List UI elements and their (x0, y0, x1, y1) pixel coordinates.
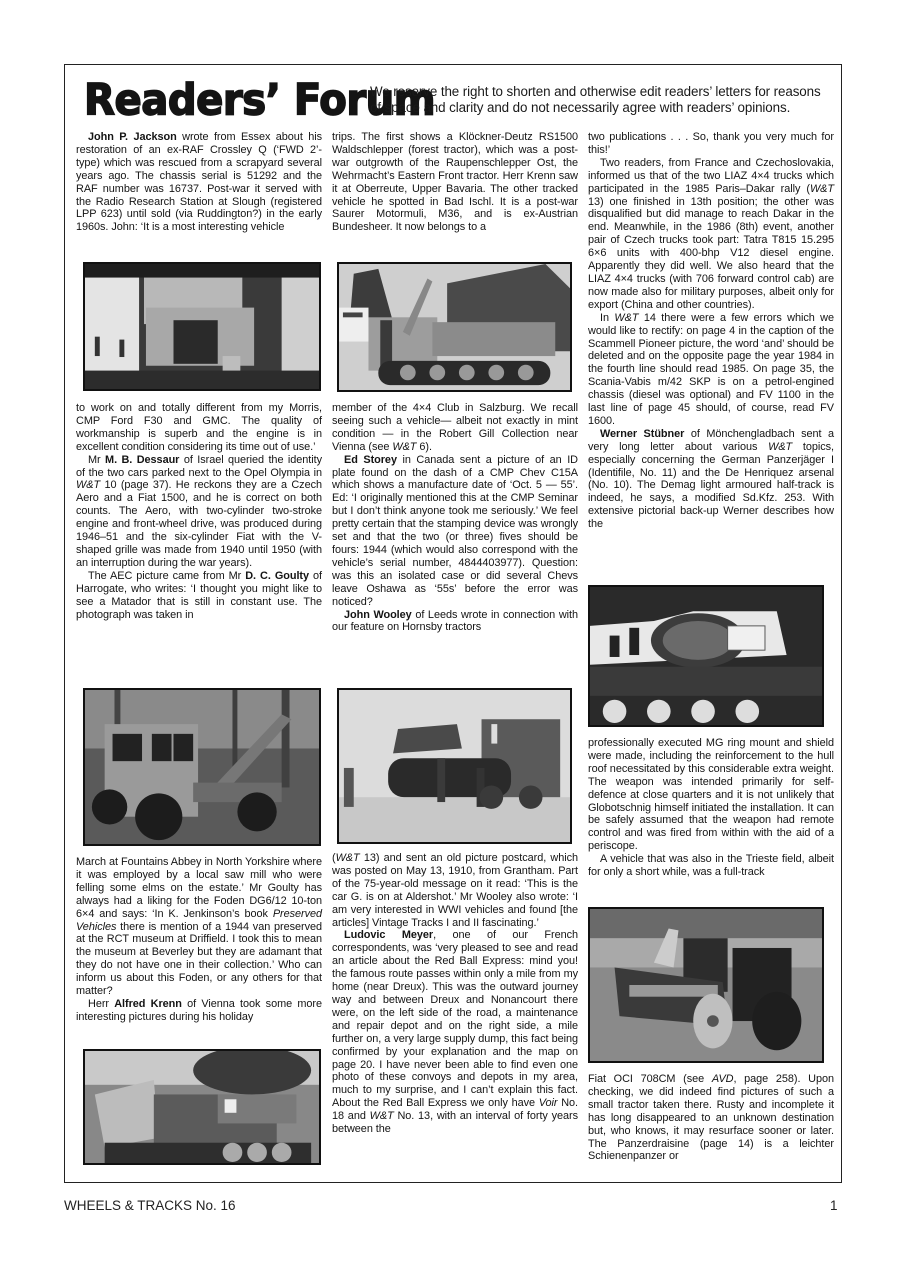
col1-text-block-1: John P. Jackson wrote from Essex about h… (76, 131, 322, 234)
photo-aec-matador (83, 688, 321, 846)
text-span: Two readers, from France and Czechoslova… (588, 157, 834, 195)
text-span: 6). (416, 441, 432, 453)
photo-demag-ring-mount-image (590, 587, 822, 725)
footer-page-number: 1 (830, 1198, 838, 1213)
photo-fiat-oci-image (590, 909, 822, 1061)
text-span: , page 258). Upon checking, we did indee… (588, 1073, 834, 1162)
text-span: Fiat OCI 708CM (see (588, 1073, 712, 1085)
author-name: M. B. Dessaur (105, 454, 179, 466)
photo-saurer-motormuli-image (85, 1051, 319, 1163)
col2-text-block-1: trips. The first shows a Klöckner-Deutz … (332, 131, 578, 234)
photo-hornsby-postcard-image (339, 690, 570, 842)
author-name: Alfred Krenn (114, 998, 182, 1010)
author-name: John Wooley (344, 609, 412, 621)
col3-text-block-3: Fiat OCI 708CM (see AVD, page 258). Upon… (588, 1073, 834, 1163)
author-name: Werner Stübner (600, 428, 684, 440)
text-span: topics, especially concerning the German… (588, 441, 834, 530)
letter-text: professionally executed MG ring mount an… (588, 737, 834, 853)
author-name: John P. Jackson (88, 131, 177, 143)
letter-text: wrote from Essex about his restoration o… (76, 131, 322, 233)
photo-crossley-q-image (85, 264, 319, 389)
col1-text-block-2: to work on and totally different from my… (76, 402, 322, 621)
text-span: 13) and sent an old picture postcard, wh… (332, 852, 578, 929)
text-span: 14 there were a few errors which we woul… (588, 312, 834, 427)
text-span: member of the 4×4 Club in Salzburg. We r… (332, 402, 578, 453)
letter-text: trips. The first shows a Klöckner-Deutz … (332, 131, 578, 234)
editorial-disclaimer: We reserve the right to shorten and othe… (370, 84, 830, 116)
text-span: , one of our French correspondents, was … (332, 929, 578, 1109)
text-span: In (600, 312, 614, 324)
col3-text-block-2: professionally executed MG ring mount an… (588, 737, 834, 879)
letter-text: to work on and totally different from my… (76, 402, 322, 454)
photo-klockner-deutz-image (339, 264, 570, 390)
photo-hornsby-postcard (337, 688, 572, 844)
letter-text: two publications . . . So, thank you ver… (588, 131, 834, 157)
magazine-ref: W&T (810, 183, 834, 195)
letter-text: A vehicle that was also in the Trieste f… (588, 853, 834, 879)
photo-demag-ring-mount (588, 585, 824, 727)
footer-publication: WHEELS & TRACKS No. 16 (64, 1198, 236, 1213)
photo-klockner-deutz (337, 262, 572, 392)
photo-fiat-oci (588, 907, 824, 1063)
text-span: Mr (88, 454, 105, 466)
magazine-ref: W&T (614, 312, 638, 324)
publication-ref: AVD (712, 1073, 734, 1085)
photo-crossley-q (83, 262, 321, 391)
col2-text-block-2: member of the 4×4 Club in Salzburg. We r… (332, 402, 578, 634)
magazine-ref: W&T (336, 852, 360, 864)
text-span: 10 (page 37). He reckons they are a Czec… (76, 479, 322, 568)
magazine-ref: W&T (392, 441, 416, 453)
magazine-ref: W&T (370, 1110, 394, 1122)
text-span: Herr (88, 998, 114, 1010)
publication-ref: Voir (539, 1097, 558, 1109)
author-name: D. C. Goulty (245, 570, 309, 582)
text-span: 13) one finished in 13th position; the o… (588, 196, 834, 311)
author-name: Ludovic Meyer (344, 929, 433, 941)
magazine-ref: W&T (76, 479, 100, 491)
magazine-ref: W&T (768, 441, 792, 453)
text-span: in Canada sent a picture of an ID plate … (332, 454, 578, 608)
photo-aec-matador-image (85, 690, 319, 844)
author-name: Ed Storey (344, 454, 397, 466)
text-span: The AEC picture came from Mr (88, 570, 245, 582)
col3-text-block-1: two publications . . . So, thank you ver… (588, 131, 834, 531)
col1-text-block-3: March at Fountains Abbey in North Yorksh… (76, 856, 322, 1024)
photo-saurer-motormuli (83, 1049, 321, 1165)
col2-text-block-3: (W&T 13) and sent an old picture postcar… (332, 852, 578, 1136)
